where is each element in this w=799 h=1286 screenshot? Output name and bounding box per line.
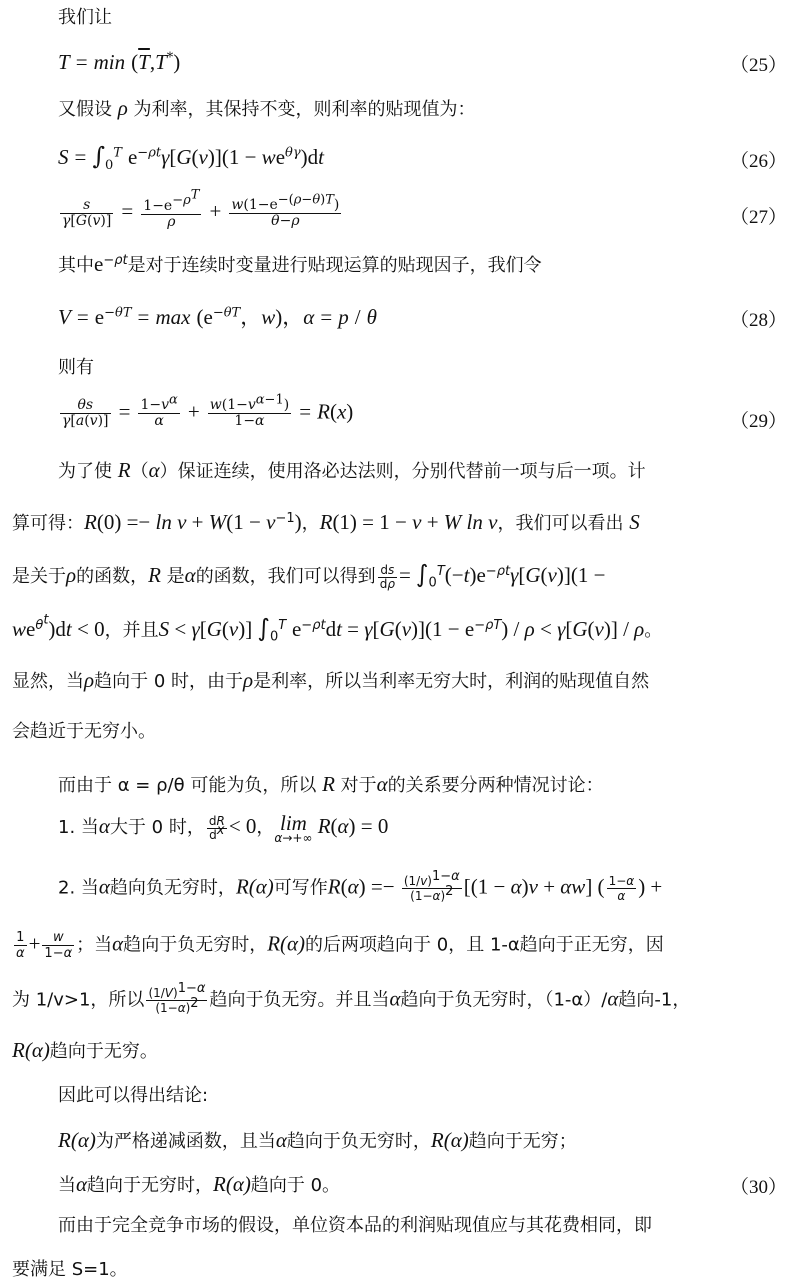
- fraction: w(1−e−(ρ−θ)T)θ−ρ: [229, 198, 341, 229]
- equation-28: V = e−θT = max (e−θT，w)，α = p / θ: [58, 305, 377, 330]
- conclusion-line: R(α)为严格递减函数，且当α趋向于负无穷时，R(α)趋向于无穷；: [58, 1128, 577, 1154]
- paragraph-line: 为 1/v>1，所以(1/V)1−α(1−α)2趋向于负无穷。并且当α趋向于负无…: [12, 986, 690, 1015]
- conclusion-line: 当α趋向于无穷时，R(α)趋向于 0。: [58, 1172, 340, 1198]
- case-2: 2. 当α趋向负无穷时，R(α)可写作R(α) =− (1/v)1−α(1−α)…: [58, 874, 662, 903]
- paragraph-line: 要满足 S=1。: [12, 1258, 128, 1282]
- intro-text: 我们让: [58, 6, 112, 30]
- text-segment: 又假设: [58, 99, 118, 120]
- equation-number-27: （27）: [730, 202, 787, 229]
- equation-29: θsγ[a(v)] = 1−vαα + w(1−vα−1)1−α = R(x): [58, 398, 353, 429]
- rho-symbol: ρ: [118, 96, 128, 120]
- equation-number-25: （25）: [730, 50, 787, 77]
- assumption-text: 又假设 ρ 为利率，其保持不变，则利率的贴现值为：: [58, 96, 476, 122]
- fraction: θsγ[a(v)]: [60, 398, 111, 429]
- text-segment: 是对于连续时变量进行贴现运算的贴现因子，我们令: [128, 255, 542, 276]
- paragraph-line: R(α)趋向于无穷。: [12, 1038, 158, 1064]
- equation-number-26: （26）: [730, 146, 787, 173]
- equation-25: T = min (T,T*): [58, 50, 180, 75]
- equation-number-29: （29）: [730, 406, 787, 433]
- paragraph-line: 显然，当ρ趋向于 0 时，由于ρ是利率，所以当利率无穷大时，利润的贴现值自然: [12, 668, 649, 694]
- equation-number-30: （30）: [730, 1172, 787, 1199]
- fraction: 1−vαα: [138, 398, 179, 429]
- text-segment: 为利率，其保持不变，则利率的贴现值为：: [128, 99, 476, 120]
- equation-26: S = ∫0T e−ρtγ[G(v)](1 − weθγ)dt: [58, 144, 324, 170]
- fraction: 1−e−ρTρ: [141, 196, 201, 230]
- paragraph-line: 会趋近于无穷小。: [12, 720, 156, 744]
- then-text: 则有: [58, 356, 94, 380]
- fraction: sγ[G(v)]: [60, 198, 113, 229]
- case-1: 1. 当α大于 0 时，dRdx< 0，limα→+∞ R(α) = 0: [58, 814, 388, 844]
- paragraph-line: 而由于 α = ρ/θ 可能为负，所以 R 对于α的关系要分两种情况讨论：: [58, 772, 604, 798]
- paragraph-line: 算可得：R(0) =− ln v + W(1 − v−1)，R(1) = 1 −…: [12, 510, 640, 536]
- paragraph-line: weθt)dt < 0，并且S < γ[G(v)] ∫0T e−ρtdt = γ…: [12, 616, 662, 643]
- paragraph-line: 而由于完全竞争市场的假设，单位资本品的利润贴现值应与其花费相同，即: [58, 1214, 652, 1238]
- paragraph-line: 1α+w1−α；当α趋向于负无穷时，R(α)的后两项趋向于 0，且 1-α趋向于…: [12, 930, 664, 961]
- equation-27: sγ[G(v)] = 1−e−ρTρ + w(1−e−(ρ−θ)T)θ−ρ: [58, 196, 343, 230]
- discount-factor-text: 其中e−ρt是对于连续时变量进行贴现运算的贴现因子，我们令: [58, 252, 542, 278]
- equation-number-28: （28）: [730, 305, 787, 332]
- paragraph-line: 为了使 R（α）保证连续，使用洛必达法则，分别代替前一项与后一项。计: [58, 458, 646, 484]
- text-segment: 其中: [58, 255, 94, 276]
- conclusion-heading: 因此可以得出结论:: [58, 1084, 208, 1108]
- paragraph-line: 是关于ρ的函数，R 是α的函数，我们可以得到dsdρ= ∫0T(−t)e−ρtγ…: [12, 562, 605, 591]
- fraction: w(1−vα−1)1−α: [208, 398, 291, 429]
